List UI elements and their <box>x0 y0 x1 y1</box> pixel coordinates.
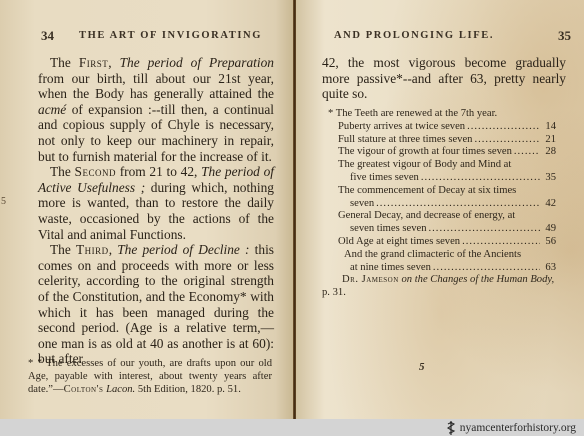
nyam-caduceus-icon <box>445 421 457 435</box>
page-number-right: 35 <box>558 28 571 44</box>
left-body-text: The First, The period of Preparation fro… <box>38 55 274 367</box>
footnote-intro: * The Teeth are renewed at the 7th year. <box>322 108 556 121</box>
watermark-text: nyamcenterforhistory.org <box>460 422 576 434</box>
ages-of-man-footnote: * The Teeth are renewed at the 7th year.… <box>322 108 556 300</box>
running-head-right: AND PROLONGING LIFE. <box>334 30 494 41</box>
stage-row: The greatest vigour of Body and Mind at <box>322 159 556 172</box>
book-spread: 34 THE ART OF INVIGORATING The First, Th… <box>0 0 584 419</box>
paragraph-first-period: The First, The period of Preparation fro… <box>38 55 274 164</box>
right-body-text: 42, the most vigorous become gradually m… <box>322 55 566 102</box>
paragraph-second-period: The Second from 21 to 42, The period of … <box>38 164 274 242</box>
paragraph-continuation: 42, the most vigorous become gradually m… <box>322 55 566 102</box>
paragraph-third-period: The Third, The period of Decline : this … <box>38 242 274 367</box>
citation-page: p. 31. <box>322 287 556 300</box>
stage-row: General Decay, and decrease of energy, a… <box>322 210 556 223</box>
signature-mark: 5 <box>419 361 425 373</box>
running-head-left: THE ART OF INVIGORATING <box>79 30 262 41</box>
watermark: nyamcenterforhistory.org <box>445 420 576 436</box>
stage-row-cont: five times seven35 <box>322 172 556 185</box>
stage-row-cont: at nine times seven63 <box>322 262 556 275</box>
stage-row: The commencement of Decay at six times <box>322 185 556 198</box>
citation: Dr. Jameson on the Changes of the Human … <box>322 274 556 287</box>
stage-row-cont: seven times seven49 <box>322 223 556 236</box>
left-footnote: * “ The excesses of our youth, are draft… <box>28 357 272 396</box>
margin-mark: 5 <box>1 196 6 207</box>
stage-row: Puberty arrives at twice seven14 <box>322 121 556 134</box>
stage-row: Old Age at eight times seven56 <box>322 236 556 249</box>
stage-row: The vigour of growth at four times seven… <box>322 146 556 159</box>
stage-row: Full stature at three times seven21 <box>322 134 556 147</box>
stage-row-cont: seven42 <box>322 198 556 211</box>
stage-row: And the grand climacteric of the Ancient… <box>322 249 556 262</box>
page-number-left: 34 <box>41 28 54 44</box>
right-page: AND PROLONGING LIFE. 35 42, the most vig… <box>296 0 584 419</box>
left-page: 34 THE ART OF INVIGORATING The First, Th… <box>0 0 293 419</box>
